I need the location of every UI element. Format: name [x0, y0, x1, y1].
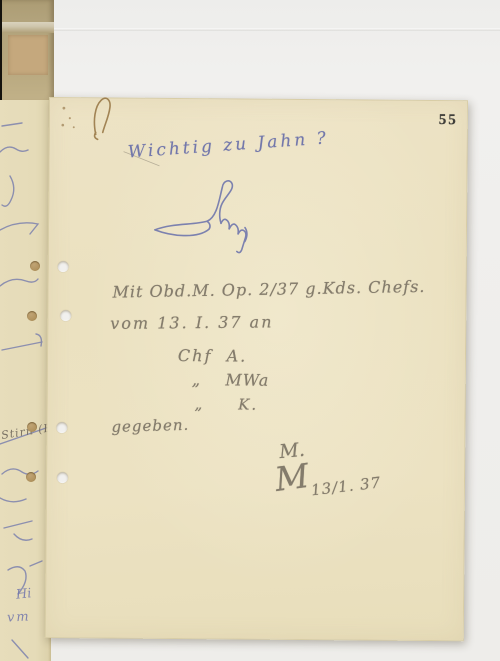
strip-blue-fragment: vm: [7, 609, 31, 625]
backing-seam-line: [40, 28, 500, 31]
page-number-stamp: 55: [439, 112, 458, 129]
punch-hole: [57, 472, 68, 483]
punch-hole: [26, 472, 36, 482]
punch-hole: [56, 422, 67, 433]
kraft-binding-strip: [0, 0, 54, 103]
kraft-tape-patch: [8, 35, 48, 75]
body-line: gegeben.: [111, 416, 189, 436]
strip-handwriting-squiggles: [0, 100, 51, 661]
punch-hole: [30, 261, 40, 271]
underlying-page-strip: Stirn (B Hi vm: [0, 100, 51, 661]
rust-paperclip-stain: [53, 94, 164, 175]
body-line: „ MWa: [192, 370, 270, 390]
punch-hole: [27, 422, 37, 432]
punch-hole: [60, 310, 71, 321]
body-line: Mit Obd.M. Op. 2/37 g.Kds. Chefs.: [112, 277, 425, 302]
punch-hole: [27, 311, 37, 321]
signature-paraph: M: [273, 456, 312, 499]
strip-blue-fragment: Hi: [15, 586, 32, 603]
punch-hole: [58, 261, 69, 272]
blue-flourish-paraph: [153, 179, 258, 254]
signature-date: 13/1. 37: [310, 473, 382, 499]
body-line: vom 13. I. 37 an: [110, 312, 273, 333]
body-line: „ K.: [195, 395, 259, 413]
archival-scan: Stirn (B Hi vm 55 Wichtig zu Jahn ?: [0, 0, 500, 661]
document-page: 55 Wichtig zu Jahn ? Mit Ob: [45, 97, 468, 641]
kraft-seam: [2, 22, 54, 33]
body-line: Chf A.: [178, 346, 247, 366]
